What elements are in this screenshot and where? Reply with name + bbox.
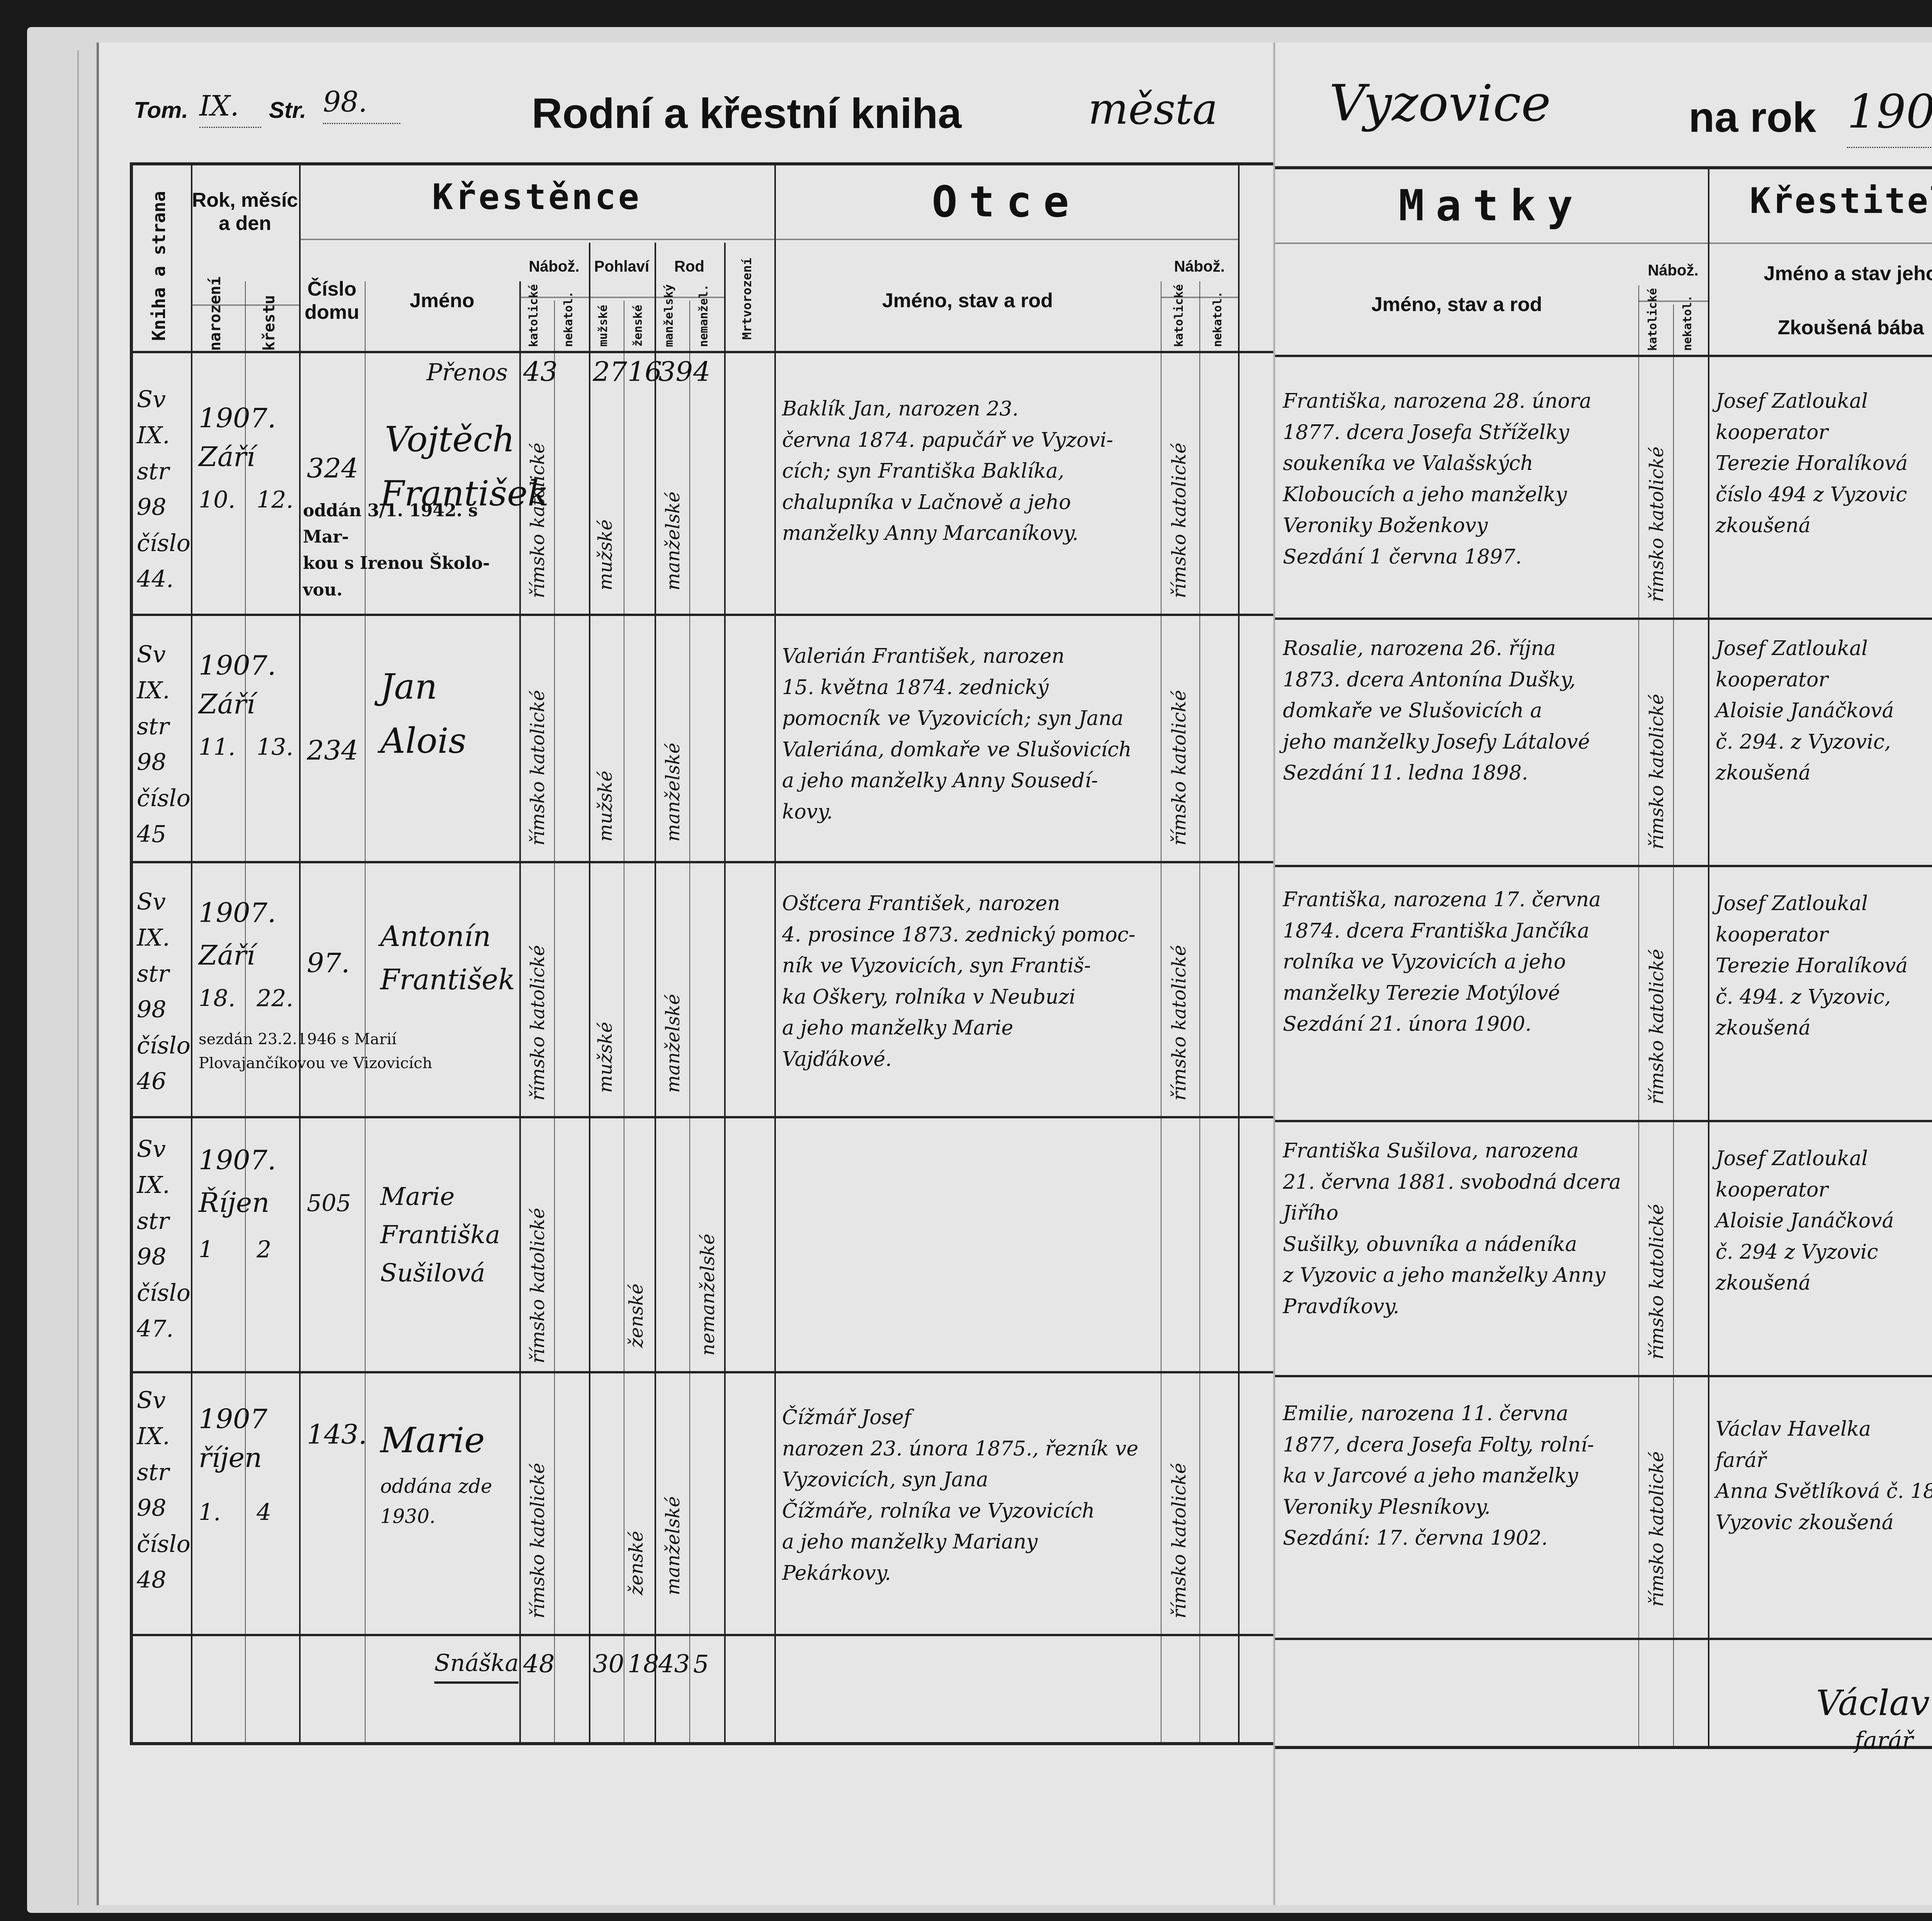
entry-birth-day: 11. (199, 730, 235, 766)
col-zkousena-baba: Zkoušená bába (1708, 316, 1932, 339)
entry-book-ref: Sv IX. str 98 číslo 48 (137, 1383, 191, 1598)
entry-father: Valerián František, narozen 15. května 1… (782, 641, 1161, 828)
entry-child-name: Antonín František (380, 915, 519, 1001)
entry-father-religion: římsko katolické (1168, 637, 1190, 846)
town-name: Vyzovice (1329, 66, 1551, 141)
entry-baptizer: Josef Zatloukal kooperator Aloisie Janáč… (1716, 1143, 1932, 1299)
entry-religion: římsko katolické (527, 892, 549, 1101)
entry-month: Září (199, 683, 255, 725)
left-page: Tom. IX. Str. 98. Rodní a křestní kniha … (97, 43, 1277, 1905)
entry-month: říjen (199, 1437, 262, 1479)
entry-book-ref: Sv IX. str 98 číslo 46 (137, 884, 191, 1100)
col-naboz: Nábož. (519, 258, 589, 276)
entry-religion: římsko katolické (527, 637, 549, 846)
entry-mother: Františka, narozena 28. února 1877. dcer… (1283, 386, 1634, 573)
entry-religion: římsko katolické (527, 1402, 549, 1618)
col-otce-katolicke: katolické (1172, 305, 1186, 347)
entry-baptizer: Václav Havelka farář Anna Světlíková č. … (1716, 1414, 1932, 1538)
entry-month: Září (199, 934, 255, 977)
right-register-table: Matky Křestitel Kmotrův Jméno, stav a ro… (1275, 166, 1932, 1749)
col-matky-katolicke: katolické (1646, 308, 1660, 351)
col-matky-jmeno-stav-rod: Jméno, stav a rod (1275, 293, 1638, 316)
entry-mother-religion: římsko katolické (1646, 633, 1668, 849)
right-page: Vyzovice na rok 1907. Matky Křestitel Km… (1275, 43, 1932, 1905)
carry-over-manzelsky: 39 (658, 351, 693, 393)
entry-sex: ženské (626, 1201, 647, 1348)
section-krestitel: Křestitel (1708, 181, 1932, 221)
entry-book-ref: Sv IX. str 98 číslo 45 (137, 637, 191, 852)
entry-child-name: Marie Františka Sušilová (380, 1178, 519, 1293)
tom-value: IX. (199, 85, 261, 128)
carry-over-muzske: 27 (593, 351, 627, 393)
entry-baptism-day: 22. (257, 981, 293, 1017)
entry-year: 1907 (199, 1398, 267, 1440)
entry-sex: mužské (595, 687, 616, 842)
col-matky-nekatol: nekatol. (1681, 308, 1694, 351)
page-title: Rodní a křestní kniha (532, 89, 961, 138)
str-label: Str. (269, 97, 306, 123)
entry-baptism-day: 12. (257, 482, 293, 518)
entry-mother: Emilie, narozena 11. června 1877, dcera … (1283, 1398, 1634, 1554)
entry-house-number: 234 (307, 730, 359, 772)
entry-birth-day: 10. (199, 482, 235, 518)
col-zenske: ženské (631, 305, 645, 347)
entry-legitimacy: nemanželské (697, 1155, 719, 1356)
entry-marriage-note: oddána zde 1930. (380, 1472, 519, 1531)
entry-child-name: Jan Alois (380, 660, 519, 768)
col-rok-mesic-den: Rok, měsíc a den (191, 189, 299, 235)
tom-label: Tom. (134, 97, 188, 123)
str-value: 98. (323, 81, 400, 124)
col-pohlavi: Pohlaví (589, 258, 655, 276)
entry-book-ref: Sv IX. str 98 číslo 44. (137, 382, 191, 597)
entry-month: Září (199, 436, 255, 478)
col-muzske: mužské (597, 305, 610, 347)
entry-sex: mužské (595, 938, 616, 1093)
entry-mother-religion: římsko katolické (1646, 1390, 1668, 1607)
entry-house-number: 143. (307, 1414, 367, 1456)
entry-father-religion: římsko katolické (1168, 892, 1190, 1101)
totals-zenske: 18 (628, 1645, 659, 1684)
entry-marriage-note: sezdán 23.2.1946 s Marií Plovajančíkovou… (199, 1027, 519, 1075)
entry-father: Čížmář Josef narozen 23. února 1875., ře… (782, 1402, 1161, 1589)
entry-year: 1907. (199, 645, 276, 687)
entry-mother-religion: římsko katolické (1646, 386, 1668, 602)
entry-house-number: 97. (307, 942, 350, 984)
open-register-book: Tom. IX. Str. 98. Rodní a křestní kniha … (27, 27, 1932, 1913)
totals-label: Snáška (434, 1645, 519, 1684)
priest-signature: Václav Havelka (1816, 1676, 1932, 1730)
col-otce-nekatol: nekatol. (1211, 305, 1225, 347)
totals-manzelsky: 43 (658, 1645, 690, 1684)
col-nemanzel: nemanžel. (697, 305, 711, 347)
entry-house-number: 505 (307, 1186, 351, 1222)
entry-baptism-day: 13. (257, 730, 293, 766)
left-register-table: Kniha a strana Rok, měsíc a den narození… (130, 162, 1281, 1745)
priest-title: farář (1855, 1723, 1913, 1759)
col-rod: Rod (655, 258, 724, 276)
entry-father-religion: římsko katolické (1168, 1387, 1190, 1618)
entry-mother: Františka Sušilova, narozena 21. června … (1283, 1135, 1634, 1322)
totals-katolicke: 48 (523, 1645, 554, 1684)
entry-year: 1907. (199, 892, 276, 934)
col-narozeni: narození (206, 312, 224, 351)
entry-baptizer: Josef Zatloukal kooperator Aloisie Janáč… (1716, 633, 1932, 789)
col-mrtvorozeni: Mrtvorození (740, 250, 754, 347)
entry-legitimacy: manželské (662, 938, 684, 1093)
entry-birth-day: 1 (199, 1232, 213, 1268)
carry-over-zenske: 16 (628, 351, 662, 393)
col-kniha-strana: Kniha a strana (148, 189, 169, 343)
section-krestence: Křestěnce (299, 177, 774, 218)
entry-book-ref: Sv IX. str 98 číslo 47. (137, 1132, 191, 1347)
entry-mother-religion: římsko katolické (1646, 888, 1668, 1104)
totals-muzske: 30 (593, 1645, 624, 1684)
entry-year: 1907. (199, 397, 276, 439)
entry-baptism-day: 4 (257, 1495, 271, 1531)
entry-sex: mužské (595, 436, 616, 590)
entry-child-name: Marie (380, 1414, 519, 1468)
entry-mother: Rosalie, narozena 26. října 1873. dcera … (1283, 633, 1634, 789)
col-matky-naboz: Nábož. (1638, 262, 1708, 279)
entry-birth-day: 18. (199, 981, 235, 1017)
col-otce-jmeno-stav-rod: Jméno, stav a rod (774, 289, 1161, 312)
col-manzelsky: manželský (662, 305, 676, 347)
entry-house-number: 324 (307, 447, 359, 490)
carry-over-nemanzel: 4 (693, 351, 711, 393)
entry-legitimacy: manželské (662, 436, 684, 590)
entry-father: Ošťcera František, narozen 4. prosince 1… (782, 888, 1161, 1075)
entry-baptizer: Josef Zatloukal kooperator Terezie Horal… (1716, 888, 1932, 1044)
col-otce-naboz: Nábož. (1161, 258, 1238, 276)
section-matky: Matky (1275, 181, 1708, 230)
col-katolicke: katolické (527, 305, 541, 347)
totals-nemanzel: 5 (693, 1645, 709, 1684)
col-cislo-domu: Číslo domu (303, 277, 361, 324)
entry-religion: římsko katolické (527, 1147, 549, 1363)
entry-father-religion: římsko katolické (1168, 382, 1190, 598)
col-krestitel-jmeno-stav: Jméno a stav jeho (1708, 262, 1932, 285)
entry-legitimacy: manželské (662, 687, 684, 842)
entry-marriage-note: oddán 3/1. 1942. s Mar- kou s Irenou Ško… (303, 498, 519, 603)
entry-birth-day: 1. (199, 1495, 221, 1531)
entry-religion: římsko katolické (527, 382, 549, 598)
na-rok-label: na rok (1689, 93, 1816, 142)
col-nekatol: nekatol. (562, 305, 575, 347)
col-jmeno: Jméno (365, 289, 519, 312)
entry-father: Baklík Jan, narozen 23. června 1874. pap… (782, 393, 1161, 549)
col-krestu: křestu (260, 312, 278, 351)
entry-year: 1907. (199, 1139, 276, 1181)
carry-over-label: Přenos (427, 355, 508, 391)
mesta-label: města (1088, 77, 1218, 141)
entry-baptizer: Josef Zatloukal kooperator Terezie Horal… (1716, 386, 1932, 541)
entry-mother-religion: římsko katolické (1646, 1143, 1668, 1360)
entry-sex: ženské (626, 1448, 647, 1595)
register-year: 1907. (1847, 77, 1932, 148)
entry-baptism-day: 2 (257, 1232, 271, 1268)
section-otce: Otce (774, 177, 1238, 226)
entry-month: Říjen (199, 1182, 269, 1224)
entry-mother: Františka, narozena 17. června 1874. dce… (1283, 884, 1634, 1040)
entry-legitimacy: manželské (662, 1448, 684, 1595)
